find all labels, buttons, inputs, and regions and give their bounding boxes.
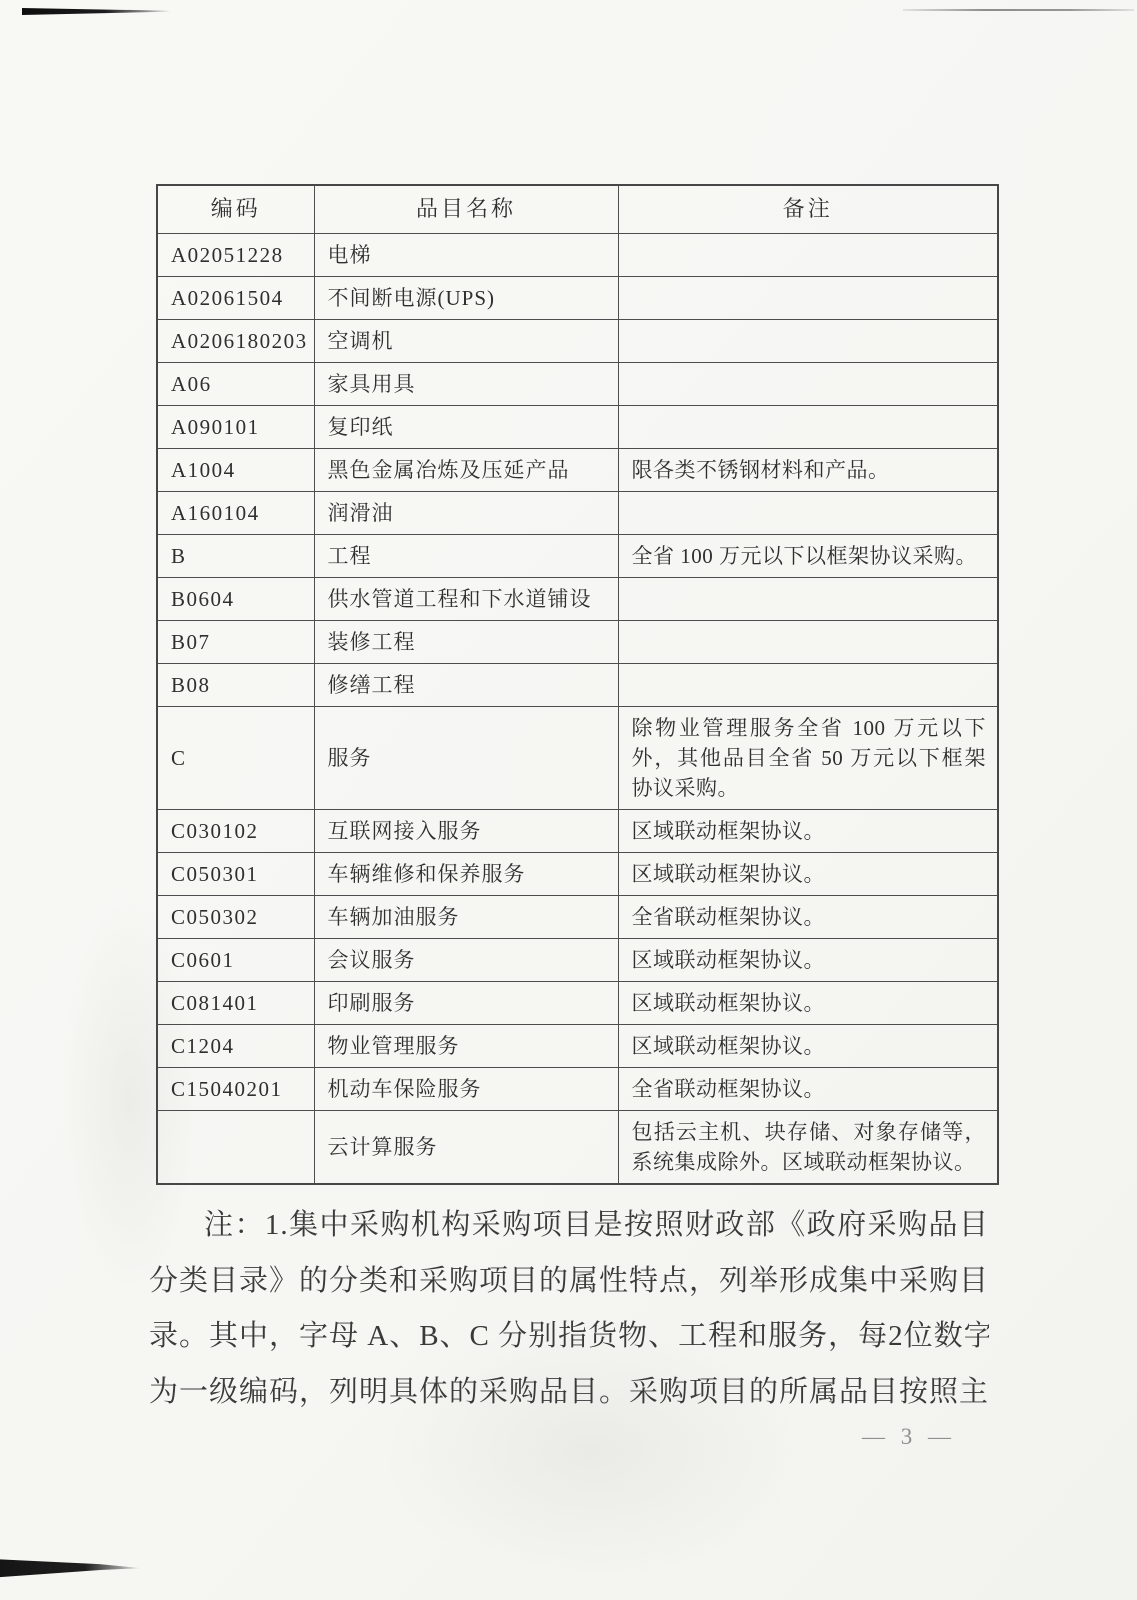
cell-remark: 包括云主机、块存储、对象存储等，系统集成除外。区域联动框架协议。 bbox=[618, 1110, 998, 1184]
cell-remark bbox=[618, 276, 998, 319]
cell-remark bbox=[618, 620, 998, 663]
cell-code: A090101 bbox=[157, 405, 314, 448]
footnote-line: 分类目录》的分类和采购项目的属性特点，列举形成集中采购目 bbox=[149, 1254, 989, 1310]
table-row: B0604 供水管道工程和下水道铺设 bbox=[157, 577, 998, 620]
table-row: C050301 车辆维修和保养服务 区域联动框架协议。 bbox=[157, 852, 998, 895]
cell-code: A1004 bbox=[157, 448, 314, 491]
table-row: A160104 润滑油 bbox=[157, 491, 998, 534]
table-header-row: 编码 品目名称 备注 bbox=[157, 185, 998, 233]
table-row: C081401 印刷服务 区域联动框架协议。 bbox=[157, 981, 998, 1024]
cell-code: A0206180203 bbox=[157, 319, 314, 362]
cell-code: C bbox=[157, 706, 314, 809]
table-row: B07 装修工程 bbox=[157, 620, 998, 663]
cell-remark: 除物业管理服务全省 100 万元以下外，其他品目全省 50 万元以下框架协议采购… bbox=[618, 706, 998, 809]
column-header-remark: 备注 bbox=[618, 185, 998, 233]
cell-remark: 区域联动框架协议。 bbox=[618, 1024, 998, 1067]
cell-code: B07 bbox=[157, 620, 314, 663]
cell-name: 机动车保险服务 bbox=[314, 1067, 618, 1110]
table-row: A1004 黑色金属冶炼及压延产品 限各类不锈钢材料和产品。 bbox=[157, 448, 998, 491]
cell-remark: 全省联动框架协议。 bbox=[618, 895, 998, 938]
table-row: C1204 物业管理服务 区域联动框架协议。 bbox=[157, 1024, 998, 1067]
cell-code: A160104 bbox=[157, 491, 314, 534]
cell-name: 供水管道工程和下水道铺设 bbox=[314, 577, 618, 620]
cell-remark: 区域联动框架协议。 bbox=[618, 809, 998, 852]
footnote-paragraph: 注：1.集中采购机构采购项目是按照财政部《政府采购品目 分类目录》的分类和采购项… bbox=[149, 1198, 989, 1420]
cell-code: C1204 bbox=[157, 1024, 314, 1067]
scan-artifact-top-left bbox=[22, 8, 172, 15]
page-number: — 3 — bbox=[862, 1424, 956, 1450]
table-row: B 工程 全省 100 万元以下以框架协议采购。 bbox=[157, 534, 998, 577]
cell-name: 会议服务 bbox=[314, 938, 618, 981]
column-header-name: 品目名称 bbox=[314, 185, 618, 233]
cell-code: C0601 bbox=[157, 938, 314, 981]
cell-name: 电梯 bbox=[314, 233, 618, 276]
cell-code: C15040201 bbox=[157, 1067, 314, 1110]
cell-code: B0604 bbox=[157, 577, 314, 620]
cell-code: B08 bbox=[157, 663, 314, 706]
cell-name: 车辆维修和保养服务 bbox=[314, 852, 618, 895]
cell-code: A02051228 bbox=[157, 233, 314, 276]
table-row: A02061504 不间断电源(UPS) bbox=[157, 276, 998, 319]
cell-code bbox=[157, 1110, 314, 1184]
cell-name: 不间断电源(UPS) bbox=[314, 276, 618, 319]
footnote-line: 为一级编码，列明具体的采购品目。采购项目的所属品目按照主 bbox=[149, 1365, 989, 1421]
cell-name: 家具用具 bbox=[314, 362, 618, 405]
cell-remark bbox=[618, 663, 998, 706]
cell-remark: 全省联动框架协议。 bbox=[618, 1067, 998, 1110]
cell-remark bbox=[618, 319, 998, 362]
cell-name: 物业管理服务 bbox=[314, 1024, 618, 1067]
cell-remark: 区域联动框架协议。 bbox=[618, 852, 998, 895]
table-row: C030102 互联网接入服务 区域联动框架协议。 bbox=[157, 809, 998, 852]
cell-name: 修缮工程 bbox=[314, 663, 618, 706]
cell-name: 工程 bbox=[314, 534, 618, 577]
table-row: C 服务 除物业管理服务全省 100 万元以下外，其他品目全省 50 万元以下框… bbox=[157, 706, 998, 809]
table-row: A02051228 电梯 bbox=[157, 233, 998, 276]
scan-artifact-top-right bbox=[903, 9, 1134, 11]
cell-name: 服务 bbox=[314, 706, 618, 809]
cell-remark bbox=[618, 233, 998, 276]
table-body: A02051228 电梯 A02061504 不间断电源(UPS) A02061… bbox=[157, 233, 998, 1184]
cell-remark: 限各类不锈钢材料和产品。 bbox=[618, 448, 998, 491]
table-row: 云计算服务 包括云主机、块存储、对象存储等，系统集成除外。区域联动框架协议。 bbox=[157, 1110, 998, 1184]
cell-name: 空调机 bbox=[314, 319, 618, 362]
cell-name: 印刷服务 bbox=[314, 981, 618, 1024]
scanned-document-page: 编码 品目名称 备注 A02051228 电梯 A02061504 不间断电源(… bbox=[0, 0, 1137, 1600]
cell-code: A06 bbox=[157, 362, 314, 405]
table-row: C050302 车辆加油服务 全省联动框架协议。 bbox=[157, 895, 998, 938]
cell-remark bbox=[618, 577, 998, 620]
cell-remark: 区域联动框架协议。 bbox=[618, 938, 998, 981]
cell-code: C030102 bbox=[157, 809, 314, 852]
table-row: C0601 会议服务 区域联动框架协议。 bbox=[157, 938, 998, 981]
scan-artifact-bottom-left bbox=[0, 1555, 142, 1579]
table-row: A06 家具用具 bbox=[157, 362, 998, 405]
cell-remark bbox=[618, 405, 998, 448]
cell-code: C050301 bbox=[157, 852, 314, 895]
cell-remark: 区域联动框架协议。 bbox=[618, 981, 998, 1024]
cell-code: A02061504 bbox=[157, 276, 314, 319]
table-row: A090101 复印纸 bbox=[157, 405, 998, 448]
procurement-catalog-table: 编码 品目名称 备注 A02051228 电梯 A02061504 不间断电源(… bbox=[156, 184, 999, 1185]
cell-name: 装修工程 bbox=[314, 620, 618, 663]
cell-remark: 全省 100 万元以下以框架协议采购。 bbox=[618, 534, 998, 577]
footnote-line: 注：1.集中采购机构采购项目是按照财政部《政府采购品目 bbox=[149, 1198, 989, 1254]
cell-code: C081401 bbox=[157, 981, 314, 1024]
cell-name: 黑色金属冶炼及压延产品 bbox=[314, 448, 618, 491]
cell-name: 互联网接入服务 bbox=[314, 809, 618, 852]
cell-name: 润滑油 bbox=[314, 491, 618, 534]
cell-name: 云计算服务 bbox=[314, 1110, 618, 1184]
table-row: B08 修缮工程 bbox=[157, 663, 998, 706]
cell-name: 复印纸 bbox=[314, 405, 618, 448]
cell-code: C050302 bbox=[157, 895, 314, 938]
cell-remark bbox=[618, 362, 998, 405]
column-header-code: 编码 bbox=[157, 185, 314, 233]
table-row: C15040201 机动车保险服务 全省联动框架协议。 bbox=[157, 1067, 998, 1110]
cell-remark bbox=[618, 491, 998, 534]
footnote-line: 录。其中，字母 A、B、C 分别指货物、工程和服务，每2位数字 bbox=[149, 1309, 989, 1365]
cell-code: B bbox=[157, 534, 314, 577]
cell-name: 车辆加油服务 bbox=[314, 895, 618, 938]
table-row: A0206180203 空调机 bbox=[157, 319, 998, 362]
